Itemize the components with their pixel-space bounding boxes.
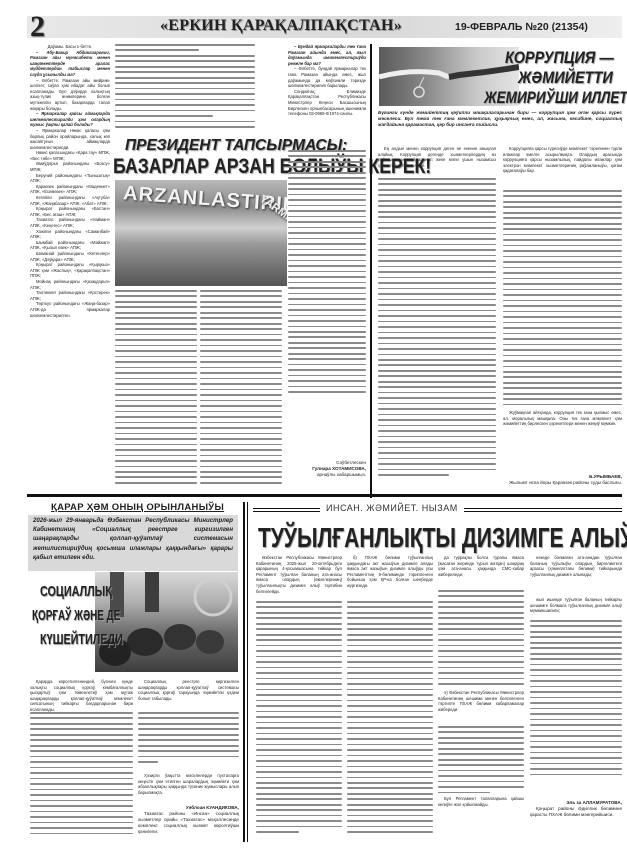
birth-headline: ТУЎЫЛҒАНЛЫҚТЫ ДИЗИМГЕ АЛЫЎ ТӘРТИБИ — [258, 522, 627, 554]
hotline-text: Сондай-ақ, Елимизде Қарақалпақстан Респу… — [288, 89, 366, 117]
district-item: Шоманай районындағы «Кетенлер» АПЖ, «Дәў… — [30, 251, 110, 262]
corruption-body-3: Жуўмақлап айтқанда, коррупция тек ғана қ… — [503, 410, 622, 427]
social-lead: 2026-жыл 29-январьда Өзбекстан Республик… — [33, 516, 233, 562]
birth-column-2-cont — [347, 601, 433, 841]
signature-org: Қоңырат районы Әдиллик бөлимине қарасты … — [530, 806, 622, 818]
district-item: Қоңырат районындағы «Бостан» АПЖ, «Бес а… — [30, 206, 110, 217]
corruption-headline-3: ЖЕМИРИЎШИ ИЛЛЕТ — [484, 88, 627, 108]
birth-body-6: жыл ишинде туўылған баланың тийкарғы шеш… — [530, 597, 622, 614]
answer-3: – Әлбетте, бундай ярмаркалар тек ғана Ра… — [288, 66, 366, 88]
birth-column-3-end: Бул Регламент талапларына қайшы келиўге … — [438, 796, 524, 812]
birth-column-4: некеде болмаған ата-анадан туўылған бала… — [530, 555, 622, 595]
section-divider — [27, 494, 622, 497]
birth-body-2: б) ПХАЖ бөлими туўылғанлық ҳаққындағы ак… — [347, 555, 433, 589]
social-column-2-end: Ҳәзирги ўақытта мәселелерди пухталарға к… — [138, 773, 239, 803]
corruption-lead: Бүгинги күнде жәмийеттиң қәўипли машқала… — [378, 110, 622, 128]
signature-name: Уәблоан КУАНДИКОВА, — [186, 805, 239, 810]
birth-column-3-b: ә) Өзбекстан Республикасы Министрлер Каб… — [438, 690, 524, 725]
birth-body-7: Бул Регламент талапларына қайшы келиўге … — [438, 796, 524, 807]
social-body-3: Ҳәзирги ўақытта мәселелерди пухталарға к… — [138, 773, 239, 795]
column-divider — [247, 502, 248, 842]
social-headline-2: ҚОРҒАЎ ЖӘНЕ ДЕ — [32, 607, 120, 624]
birth-body-1: Өзбекстан Республикасы Министрлер Кабине… — [256, 555, 342, 594]
birth-column-2: б) ПХАЖ бөлими туўылғанлық ҳаққындағы ак… — [347, 555, 433, 605]
birth-column-3-cont — [438, 726, 524, 796]
birth-signature: Эль за АЛЛАМУРАТОВА, Қоңырат районы Әдил… — [530, 800, 622, 818]
district-item: Тахиатас районындағы «Найман» АПЖ, «Кеңе… — [30, 217, 110, 228]
district-item: Нөкис қаласындағы «Қара тау» МПЖ, «Бес т… — [30, 150, 110, 161]
corruption-body-2: Коррупцияға қарсы гүресиўде мәмлекет тәр… — [503, 146, 622, 174]
district-item: Қоңырат районындағы «Қырқкыз» АПЖ ҳәм «Ж… — [30, 262, 110, 279]
signature-name: Б.УРЫМБАЕВ, — [589, 474, 622, 479]
social-column-2-mid — [138, 712, 239, 770]
birth-body-5: некеде болмаған ата-анадан туўылған бала… — [530, 555, 622, 577]
district-item: Хожели районындағы «Саманбай» АПЖ; — [30, 229, 110, 240]
social-headline-3: КҮШЕЙТИЛЕДИ — [40, 631, 123, 648]
signature-name: Гулнара ХОТАМИСОВА, — [312, 466, 366, 471]
birth-column-3-mid — [438, 590, 524, 690]
corruption-column-1-cont — [378, 178, 496, 486]
corruption-headline-1: КОРРУПЦИЯ — — [505, 48, 614, 68]
birth-column-4-b: жыл ишинде туўылған баланың тийкарғы шеш… — [530, 597, 622, 617]
market-column-4-cont — [288, 150, 366, 400]
question-3: – Бундай ярмаркаларды тек ғана Рамазан а… — [288, 44, 366, 66]
market-signature: Сәўбетлескен Гулнара ХОТАМИСОВА, арнаўлы… — [288, 460, 366, 478]
social-section-title: ҚАРАР ҲӘМ ОНЫҢ ОРЫНЛАНЫЎЫ — [51, 502, 224, 513]
corruption-signature: Б.УРЫМБАЕВ, Жылымт испа йоры Қараөзек ра… — [503, 474, 622, 486]
social-body-1: Қарарда көрсетилгениндей, бүгинги күнде … — [30, 679, 133, 713]
birth-body-4: ә) Өзбекстан Республикасы Министрлер Каб… — [438, 690, 524, 712]
rubric-label: ИНСАН. ЖӘМИЙЕТ. НЫЗАМ — [320, 503, 464, 513]
district-item: Кегейли районындағы «Ақтуба» АПЖ, «Жаңаб… — [30, 195, 110, 206]
market-column-2 — [115, 290, 197, 490]
market-text-block-top — [115, 44, 255, 134]
social-headline-1: СОЦИАЛЛЫҚ — [40, 583, 112, 600]
birth-column-3: да туррақлы болса туралы ямаса (жасаған … — [438, 555, 524, 590]
social-body-2: Социаллық реестрге киргизилген шаңарақла… — [138, 679, 239, 701]
birth-column-4-cont — [530, 620, 622, 780]
corruption-headline-2: ЖӘМИЙЕТТИ — [518, 68, 613, 88]
district-item: Шымбай районындағы «Майжап» АПЖ, «Қызыл … — [30, 240, 110, 251]
social-signature: Уәблоан КУАНДИКОВА, Тахиатас районы «Инс… — [138, 805, 239, 835]
column-divider — [243, 502, 245, 842]
birth-body-3: да туррақлы болса туралы ямаса (жасаған … — [438, 555, 524, 577]
social-column-1-cont — [30, 712, 133, 840]
question-1: – Абу-Бакир Абдиназарович, Рамазан айы м… — [30, 50, 110, 78]
market-photo: ARZANLASTIRILGAN YARMARKA — [115, 180, 287, 286]
corruption-column-2-end: Жуўмақлап айтқанда, коррупция тек ғана қ… — [503, 410, 622, 465]
district-item: Қараөзек районындағы «Мадениет» АПЖ, «Ес… — [30, 184, 110, 195]
district-item: Әмиўдәрья районындағы «Бозсу» МПЖ; — [30, 161, 110, 172]
market-column-3 — [200, 290, 282, 490]
answer-1: – Әлбетте. Рамазан айы мийрим-шәпәәт, са… — [30, 78, 110, 112]
page-number: 2 — [30, 10, 45, 44]
corruption-column-2-cont — [503, 190, 622, 412]
signature-name: Эль за АЛЛАМУРАТОВА, — [566, 800, 622, 805]
issue-date: 19-ФЕВРАЛЬ №20 (21354) — [455, 21, 588, 33]
district-item: Мойнақ районындағы «Қазақдәрья» АПЖ; — [30, 279, 110, 290]
district-item: Беруний районындағы «Тыныштық» АПЖ; — [30, 173, 110, 184]
answer-2: – Ярмаркалар Нөкис қаласы ҳәм барлық рай… — [30, 128, 110, 150]
signature-org: арнаўлы хабаршымыз. — [288, 472, 366, 478]
signature-org: Тахиатас районы «Инсан» социаллық хызмет… — [138, 811, 239, 835]
corruption-body-1: Ең алдын менен коррупция деген не екенин… — [378, 146, 496, 168]
district-item: Төрткүл районындағы «Жаңа-базар» АПЖ-да … — [30, 301, 110, 318]
district-item: Талтиккөл районындағы «Қостерек» АПЖ; — [30, 290, 110, 301]
birth-column-1-cont — [256, 601, 342, 841]
signature-org: Жылымт испа йоры Қараөзек районы суды ба… — [503, 480, 622, 486]
market-column-1: Даўамы. Басы 1-бетте. – Абу-Бакир Абдина… — [30, 44, 110, 489]
column-divider — [370, 44, 372, 498]
question-2: – Ярмаркалар қайсы аймақларда шөлкемлест… — [30, 111, 110, 128]
newspaper-title: «ЕРКИН ҚАРАҚАЛПАҚСТАН» — [160, 17, 340, 35]
